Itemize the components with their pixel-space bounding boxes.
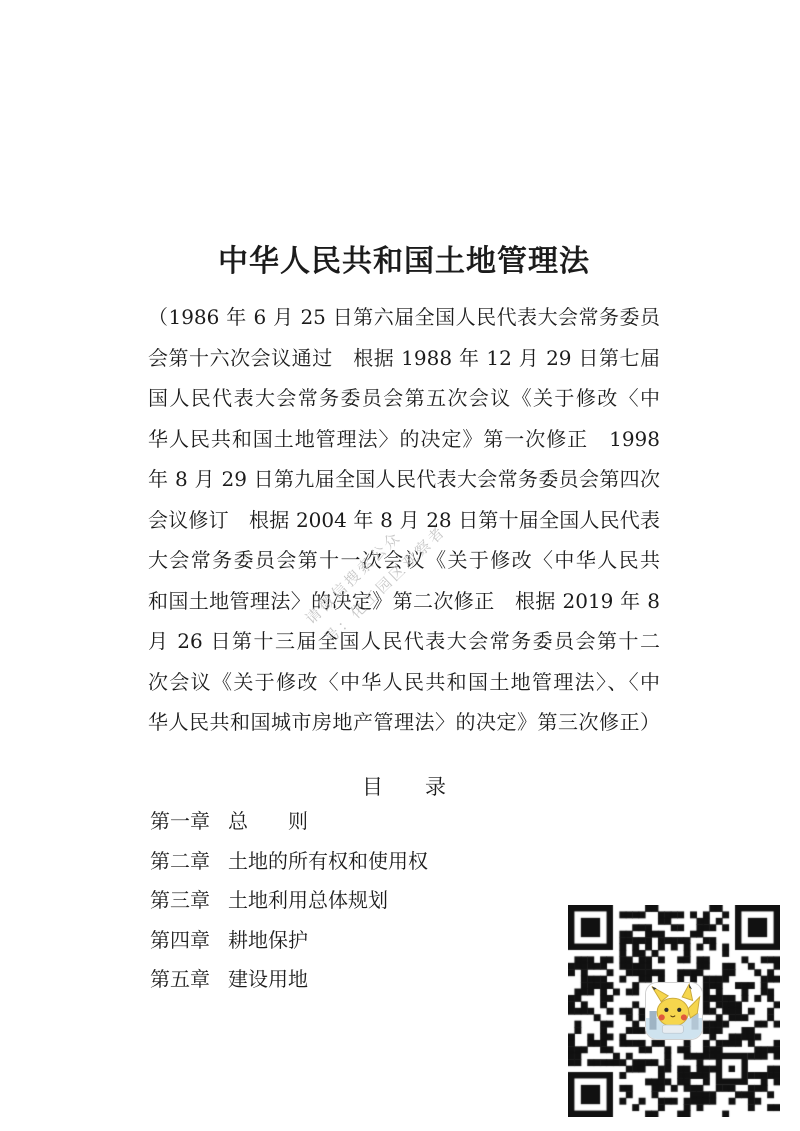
preamble-line: 和国土地管理法〉的决定》第二次修正 根据 2019 年 8 <box>148 581 660 622</box>
toc-chapter-title: 土地的所有权和使用权 <box>228 842 428 882</box>
document-title: 中华人民共和国土地管理法 <box>148 236 660 280</box>
preamble-line: 国人民代表大会常务委员会第五次会议《关于修改〈中 <box>148 378 660 419</box>
toc-chapter-title: 建设用地 <box>228 960 308 1000</box>
toc-item-chapter-1: 第一章 总 则 <box>150 802 662 842</box>
preamble-line: 月 26 日第十三届全国人民代表大会常务委员会第十二 <box>148 621 660 662</box>
pikachu-logo <box>645 982 703 1040</box>
preamble-line: 会第十六次会议通过 根据 1988 年 12 月 29 日第七届全 <box>148 338 660 379</box>
pikachu-icon <box>646 983 702 1039</box>
toc-chapter-number: 第二章 <box>150 842 210 882</box>
preamble-line: 会议修订 根据 2004 年 8 月 28 日第十届全国人民代表 <box>148 500 660 541</box>
toc-chapter-title: 土地利用总体规划 <box>228 881 388 921</box>
toc-chapter-number: 第三章 <box>150 881 210 921</box>
toc-chapter-title: 耕地保护 <box>228 921 308 961</box>
preamble-line: 华人民共和国城市房地产管理法〉的决定》第三次修正） <box>148 702 660 743</box>
preamble-paragraph: （1986 年 6 月 25 日第六届全国人民代表大会常务委员 会第十六次会议通… <box>148 297 660 743</box>
document-page: 中华人民共和国土地管理法 （1986 年 6 月 25 日第六届全国人民代表大会… <box>0 0 800 1131</box>
preamble-line: （1986 年 6 月 25 日第六届全国人民代表大会常务委员 <box>148 297 660 338</box>
preamble-line: 华人民共和国土地管理法〉的决定》第一次修正 1998 <box>148 419 660 460</box>
toc-chapter-number: 第一章 <box>150 802 210 842</box>
toc-item-chapter-2: 第二章 土地的所有权和使用权 <box>150 842 662 882</box>
toc-chapter-title: 总 则 <box>228 802 308 842</box>
toc-chapter-number: 第五章 <box>150 960 210 1000</box>
toc-heading: 目 录 <box>148 771 660 801</box>
qr-code <box>568 905 780 1117</box>
toc-chapter-number: 第四章 <box>150 921 210 961</box>
preamble-line: 年 8 月 29 日第九届全国人民代表大会常务委员会第四次 <box>148 459 660 500</box>
preamble-line: 次会议《关于修改〈中华人民共和国土地管理法〉、〈中 <box>148 662 660 703</box>
preamble-line: 大会常务委员会第十一次会议《关于修改〈中华人民共 <box>148 540 660 581</box>
